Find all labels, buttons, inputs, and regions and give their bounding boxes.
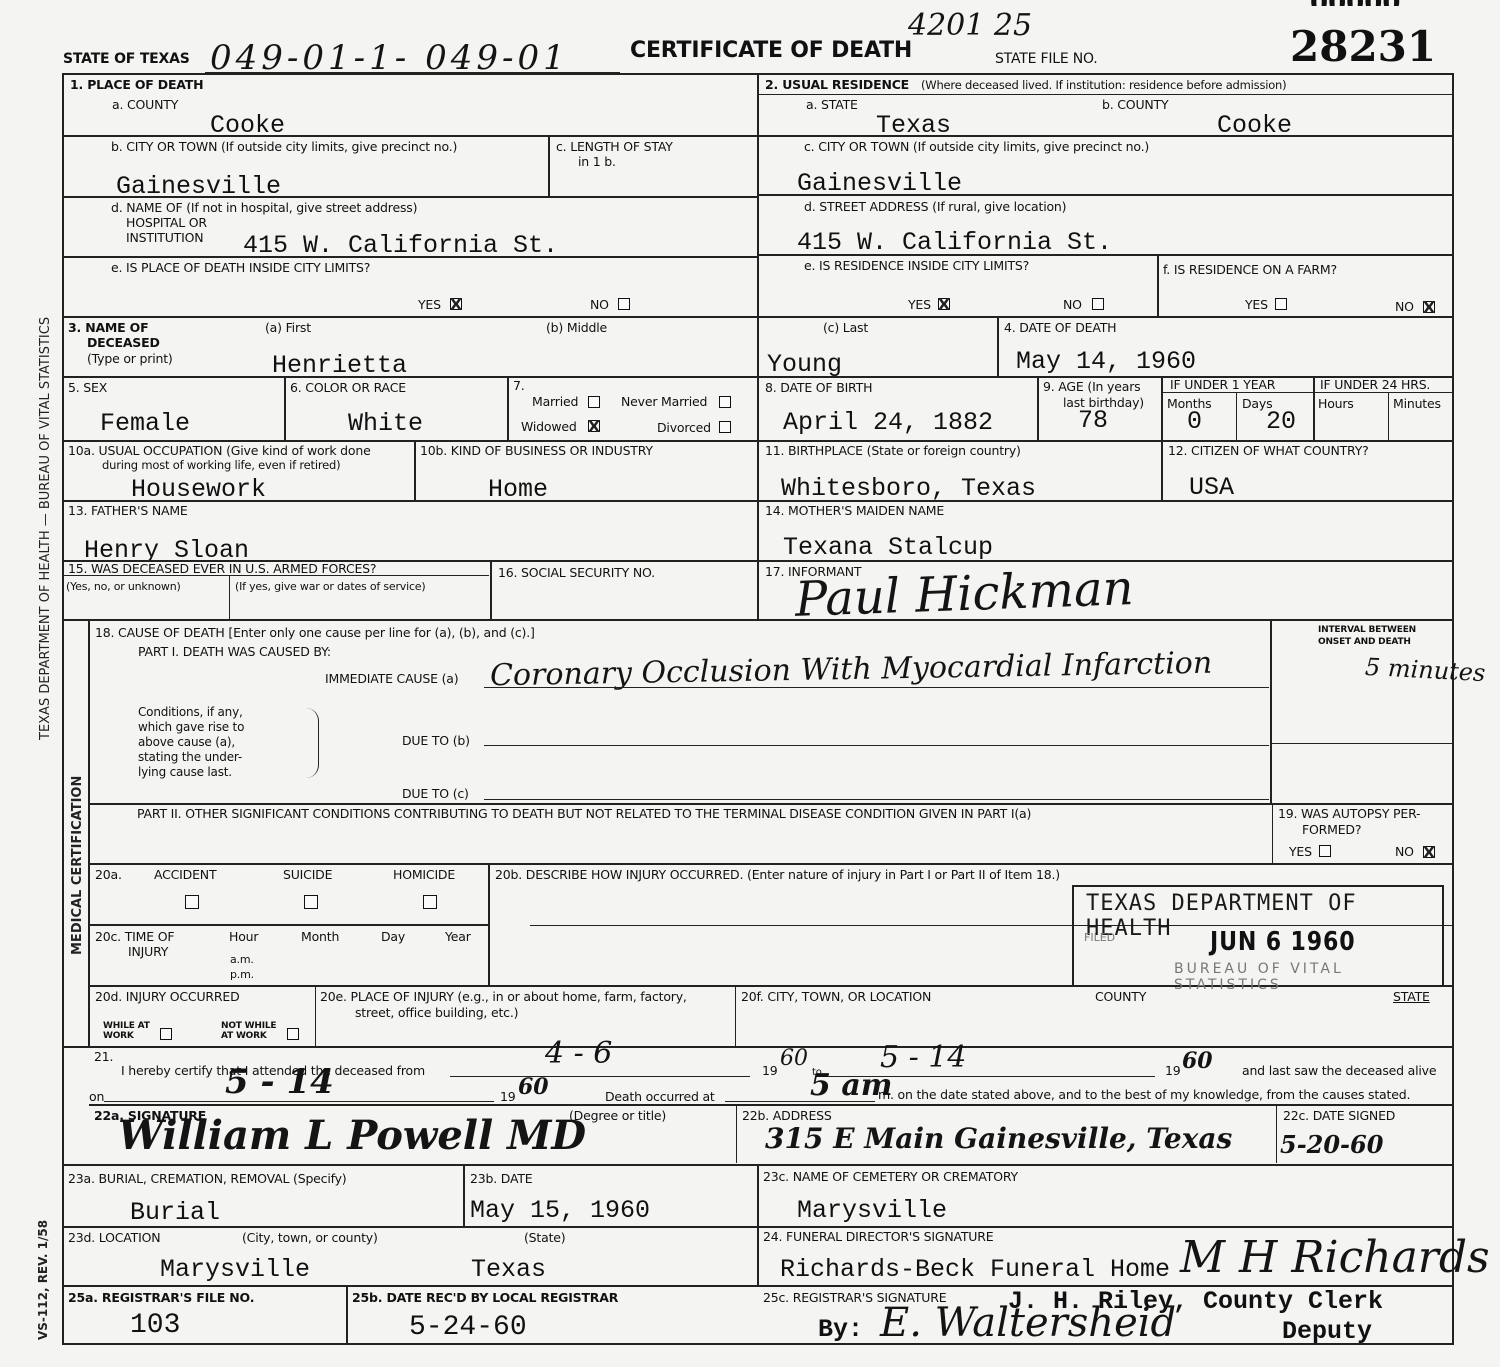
registrar-file-no-label: 25a. REGISTRAR'S FILE NO. (68, 1290, 254, 1305)
due-to-b-label: DUE TO (b) (402, 733, 470, 748)
deceased-name-label-2: DECEASED (87, 335, 160, 350)
top-right-partial-number: 00000 (1310, 0, 1400, 6)
middle-name-label: (b) Middle (546, 320, 607, 335)
certificate-title: CERTIFICATE OF DEATH (630, 38, 912, 64)
certify-text-3: m. on the date stated above, and to the … (878, 1087, 1410, 1102)
deceased-name-label: 3. NAME OF (68, 320, 148, 335)
while-at-work-label-2: WORK (103, 1031, 134, 1042)
divorced-checkbox[interactable] (719, 421, 731, 433)
deceased-name-label-3: (Type or print) (87, 351, 173, 366)
attended-from-year: 60 (780, 1046, 808, 1071)
residence-state-label: a. STATE (806, 97, 858, 112)
widowed-label: Widowed (521, 419, 577, 434)
last-name-label: (c) Last (823, 320, 868, 335)
armed-forces-label: 15. WAS DECEASED EVER IN U.S. ARMED FORC… (68, 561, 376, 576)
residence-inside-city-no-checkbox[interactable] (1092, 298, 1104, 310)
accident-label: ACCIDENT (154, 867, 216, 882)
pm-label: p.m. (230, 967, 254, 982)
death-inside-city-no-label: NO (590, 297, 609, 312)
cemetery-label: 23c. NAME OF CEMETERY OR CREMATORY (763, 1169, 1018, 1184)
date-of-birth-value: April 24, 1882 (783, 409, 993, 437)
occupation-label-2: during most of working life, even if ret… (102, 458, 340, 473)
months-value: 0 (1187, 408, 1202, 436)
first-name-label: (a) First (265, 320, 311, 335)
place-of-injury-label-2: street, office building, etc.) (355, 1005, 518, 1020)
state-file-number: 28231 (1290, 22, 1436, 71)
residence-inside-city-no-label: NO (1063, 297, 1082, 312)
conditions-note: Conditions, if any, which gave rise to a… (138, 705, 244, 780)
suicide-checkbox[interactable] (304, 895, 318, 909)
conditions-note-line: above cause (a), (138, 735, 244, 750)
birthplace-value: Whitesboro, Texas (781, 475, 1036, 503)
citizen-label: 12. CITIZEN OF WHAT COUNTRY? (1168, 443, 1369, 458)
autopsy-label: 19. WAS AUTOPSY PER- (1278, 806, 1420, 821)
state-file-label: STATE FILE NO. (995, 52, 1098, 67)
cemetery-value: Marysville (797, 1197, 947, 1225)
immediate-cause-label: IMMEDIATE CAUSE (a) (325, 671, 458, 686)
residence-inside-city-yes-checkbox[interactable] (938, 298, 950, 310)
citizen-value: USA (1189, 474, 1234, 502)
attended-from-date: 4 - 6 (545, 1036, 612, 1071)
year-label: Year (445, 929, 471, 944)
autopsy-label-2: FORMED? (1302, 822, 1361, 837)
date-signed-label: 22c. DATE SIGNED (1283, 1108, 1395, 1123)
hospital-label-3: INSTITUTION (126, 230, 203, 245)
widowed-checkbox[interactable] (588, 420, 600, 432)
date-of-death-label: 4. DATE OF DEATH (1004, 320, 1116, 335)
usual-residence-note: (Where deceased lived. If institution: r… (921, 78, 1286, 93)
not-while-at-work-label-2: AT WORK (221, 1031, 267, 1042)
day-label: Day (381, 929, 405, 944)
suicide-label: SUICIDE (283, 867, 332, 882)
length-of-stay-sub: in 1 b. (578, 154, 616, 169)
autopsy-yes-checkbox[interactable] (1319, 845, 1331, 857)
century-3: 19 (500, 1089, 516, 1104)
mother-name-label: 14. MOTHER'S MAIDEN NAME (765, 503, 944, 518)
conditions-note-line: lying cause last. (138, 765, 244, 780)
century-2: 19 (1165, 1063, 1181, 1078)
divorced-label: Divorced (657, 420, 711, 435)
length-of-stay-label: c. LENGTH OF STAY (556, 139, 673, 154)
residence-street-label: d. STREET ADDRESS (If rural, give locati… (804, 199, 1066, 214)
century-1: 19 (762, 1063, 778, 1078)
burial-location-label: 23d. LOCATION (68, 1230, 160, 1245)
never-married-checkbox[interactable] (719, 396, 731, 408)
autopsy-no-checkbox[interactable] (1423, 846, 1435, 858)
conditions-note-line: Conditions, if any, (138, 705, 244, 720)
conditions-note-line: which gave rise to (138, 720, 244, 735)
homicide-checkbox[interactable] (423, 895, 437, 909)
mother-name-value: Texana Stalcup (783, 534, 993, 562)
not-while-at-work-checkbox[interactable] (287, 1028, 299, 1040)
hospital-label-2: HOSPITAL OR (126, 215, 207, 230)
ssn-label: 16. SOCIAL SECURITY NO. (498, 565, 655, 580)
residence-county-label: b. COUNTY (1102, 97, 1168, 112)
describe-injury-label: 20b. DESCRIBE HOW INJURY OCCURRED. (Ente… (495, 867, 1060, 882)
stamp-filed: FILED (1084, 931, 1115, 944)
race-value: White (348, 410, 423, 438)
minutes-label: Minutes (1393, 396, 1441, 411)
last-seen-year: 60 (518, 1074, 549, 1100)
part2-label: PART II. OTHER SIGNIFICANT CONDITIONS CO… (137, 806, 1031, 821)
death-county-label: a. COUNTY (112, 97, 178, 112)
attended-to-date: 5 - 14 (880, 1040, 966, 1075)
place-of-injury-label: 20e. PLACE OF INJURY (e.g., in or about … (320, 989, 687, 1004)
race-label: 6. COLOR OR RACE (290, 380, 406, 395)
burial-location-state: Texas (471, 1256, 546, 1284)
location-city-label: (City, town, or county) (242, 1230, 378, 1245)
business-label: 10b. KIND OF BUSINESS OR INDUSTRY (420, 443, 653, 458)
registrar-file-no-value: 103 (130, 1312, 180, 1340)
death-inside-city-label: e. IS PLACE OF DEATH INSIDE CITY LIMITS? (111, 260, 370, 275)
informant-signature: Paul Hickman (794, 560, 1134, 628)
time-of-injury-label: 20c. TIME OF (95, 929, 174, 944)
on-label: on (89, 1089, 104, 1104)
married-label: Married (532, 394, 578, 409)
funeral-director-signature: M H Richards (1180, 1232, 1490, 1283)
bureau-vital-statistics-side-label: TEXAS DEPARTMENT OF HEALTH — BUREAU OF V… (38, 317, 53, 740)
cause-of-death-label: 18. CAUSE OF DEATH [Enter only one cause… (95, 625, 535, 640)
age-label: 9. AGE (In years (1043, 379, 1140, 394)
never-married-label: Never Married (621, 394, 707, 409)
registrar-by-label: By: (818, 1316, 863, 1344)
burial-date-label: 23b. DATE (470, 1171, 533, 1186)
birthplace-label: 11. BIRTHPLACE (State or foreign country… (765, 443, 1021, 458)
residence-city-label: c. CITY OR TOWN (If outside city limits,… (804, 139, 1149, 154)
last-saw-text: and last saw the deceased alive (1242, 1063, 1436, 1078)
due-to-c-label: DUE TO (c) (402, 786, 469, 801)
injury-city-label: 20f. CITY, TOWN, OR LOCATION (741, 989, 931, 1004)
injury-state-label: STATE (1393, 989, 1430, 1004)
autopsy-yes-label: YES (1289, 844, 1312, 859)
am-label: a.m. (230, 952, 254, 967)
location-state-label: (State) (524, 1230, 565, 1245)
sex-value: Female (100, 410, 190, 438)
residence-inside-city-label: e. IS RESIDENCE INSIDE CITY LIMITS? (804, 258, 1029, 273)
under-one-year-label: IF UNDER 1 YEAR (1170, 377, 1275, 392)
physician-address-label: 22b. ADDRESS (742, 1108, 832, 1123)
residence-street-value: 415 W. California St. (797, 229, 1112, 257)
last-name-value: Young (767, 351, 842, 379)
father-name-label: 13. FATHER'S NAME (68, 503, 188, 518)
last-seen-date: 5 - 14 (225, 1062, 334, 1102)
residence-farm-yes-checkbox[interactable] (1275, 298, 1287, 310)
received-stamp: TEXAS DEPARTMENT OF HEALTH FILED JUN 6 1… (1072, 885, 1444, 987)
while-at-work-checkbox[interactable] (160, 1028, 172, 1040)
state-of-texas-label: STATE OF TEXAS (63, 52, 190, 67)
residence-farm-no-label: NO (1395, 299, 1414, 314)
burial-date-value: May 15, 1960 (470, 1197, 650, 1225)
month-label: Month (301, 929, 339, 944)
death-inside-city-yes-label: YES (418, 297, 441, 312)
handwritten-number: 4201 25 (908, 8, 1032, 43)
burial-location-city: Marysville (160, 1256, 310, 1284)
hours-label: Hours (1318, 396, 1354, 411)
physician-address: 315 E Main Gainesville, Texas (765, 1122, 1232, 1155)
armed-forces-sub1: (Yes, no, or unknown) (66, 580, 181, 593)
conditions-note-line: stating the under- (138, 750, 244, 765)
time-of-injury-label-2: INJURY (128, 944, 168, 959)
funeral-director-label: 24. FUNERAL DIRECTOR'S SIGNATURE (763, 1229, 993, 1244)
homicide-label: HOMICIDE (393, 867, 455, 882)
residence-inside-city-yes-label: YES (908, 297, 931, 312)
date-received-label: 25b. DATE REC'D BY LOCAL REGISTRAR (352, 1290, 618, 1305)
days-value: 20 (1266, 408, 1296, 436)
age-value: 78 (1078, 407, 1108, 435)
date-signed-value: 5-20-60 (1280, 1130, 1383, 1159)
death-inside-city-yes-checkbox[interactable] (450, 298, 462, 310)
stamp-date: JUN 6 1960 (1210, 927, 1355, 957)
date-of-death-value: May 14, 1960 (1016, 348, 1196, 376)
form-number: VS-112, REV. 1/58 (36, 1220, 50, 1340)
part1-label: PART I. DEATH WAS CAUSED BY: (138, 644, 331, 659)
hour-label: Hour (229, 929, 258, 944)
certification-21-label: 21. (94, 1049, 113, 1064)
hospital-label: d. NAME OF (If not in hospital, give str… (111, 200, 417, 215)
date-received-value: 5-24-60 (409, 1314, 527, 1342)
residence-farm-label: f. IS RESIDENCE ON A FARM? (1163, 262, 1337, 277)
funeral-home-value: Richards-Beck Funeral Home (780, 1256, 1170, 1284)
autopsy-no-label: NO (1395, 844, 1414, 859)
burial-method-label: 23a. BURIAL, CREMATION, REMOVAL (Specify… (68, 1171, 346, 1186)
deputy-label: Deputy (1282, 1318, 1372, 1346)
accident-checkbox[interactable] (185, 895, 199, 909)
married-checkbox[interactable] (588, 396, 600, 408)
interval-label: INTERVAL BETWEEN (1318, 625, 1416, 636)
injury-county-label: COUNTY (1095, 989, 1146, 1004)
under-24-hrs-label: IF UNDER 24 HRS. (1320, 377, 1430, 392)
injury-20a-label: 20a. (95, 867, 122, 882)
place-of-death-heading: 1. PLACE OF DEATH (70, 77, 203, 92)
usual-residence-heading: 2. USUAL RESIDENCE (765, 77, 909, 92)
residence-farm-no-checkbox[interactable] (1423, 301, 1435, 313)
conditions-bracket (306, 708, 319, 778)
residence-farm-yes-label: YES (1245, 297, 1268, 312)
burial-method-value: Burial (130, 1199, 220, 1227)
physician-signature: William L Powell MD (118, 1112, 586, 1159)
death-city-label: b. CITY OR TOWN (If outside city limits,… (111, 139, 457, 154)
armed-forces-sub2: (If yes, give war or dates of service) (235, 580, 425, 593)
injury-occurred-label: 20d. INJURY OCCURRED (95, 989, 240, 1004)
marital-status-label: 7. (513, 378, 525, 393)
death-inside-city-no-checkbox[interactable] (618, 298, 630, 310)
death-occurred-label: Death occurred at (605, 1089, 715, 1104)
interval-label-2: ONSET AND DEATH (1318, 637, 1411, 648)
sex-label: 5. SEX (68, 380, 107, 395)
date-of-birth-label: 8. DATE OF BIRTH (765, 380, 872, 395)
attended-to-year: 60 (1182, 1048, 1213, 1074)
deputy-signature: E. Waltersheid (880, 1300, 1176, 1346)
occupation-label: 10a. USUAL OCCUPATION (Give kind of work… (68, 443, 371, 458)
